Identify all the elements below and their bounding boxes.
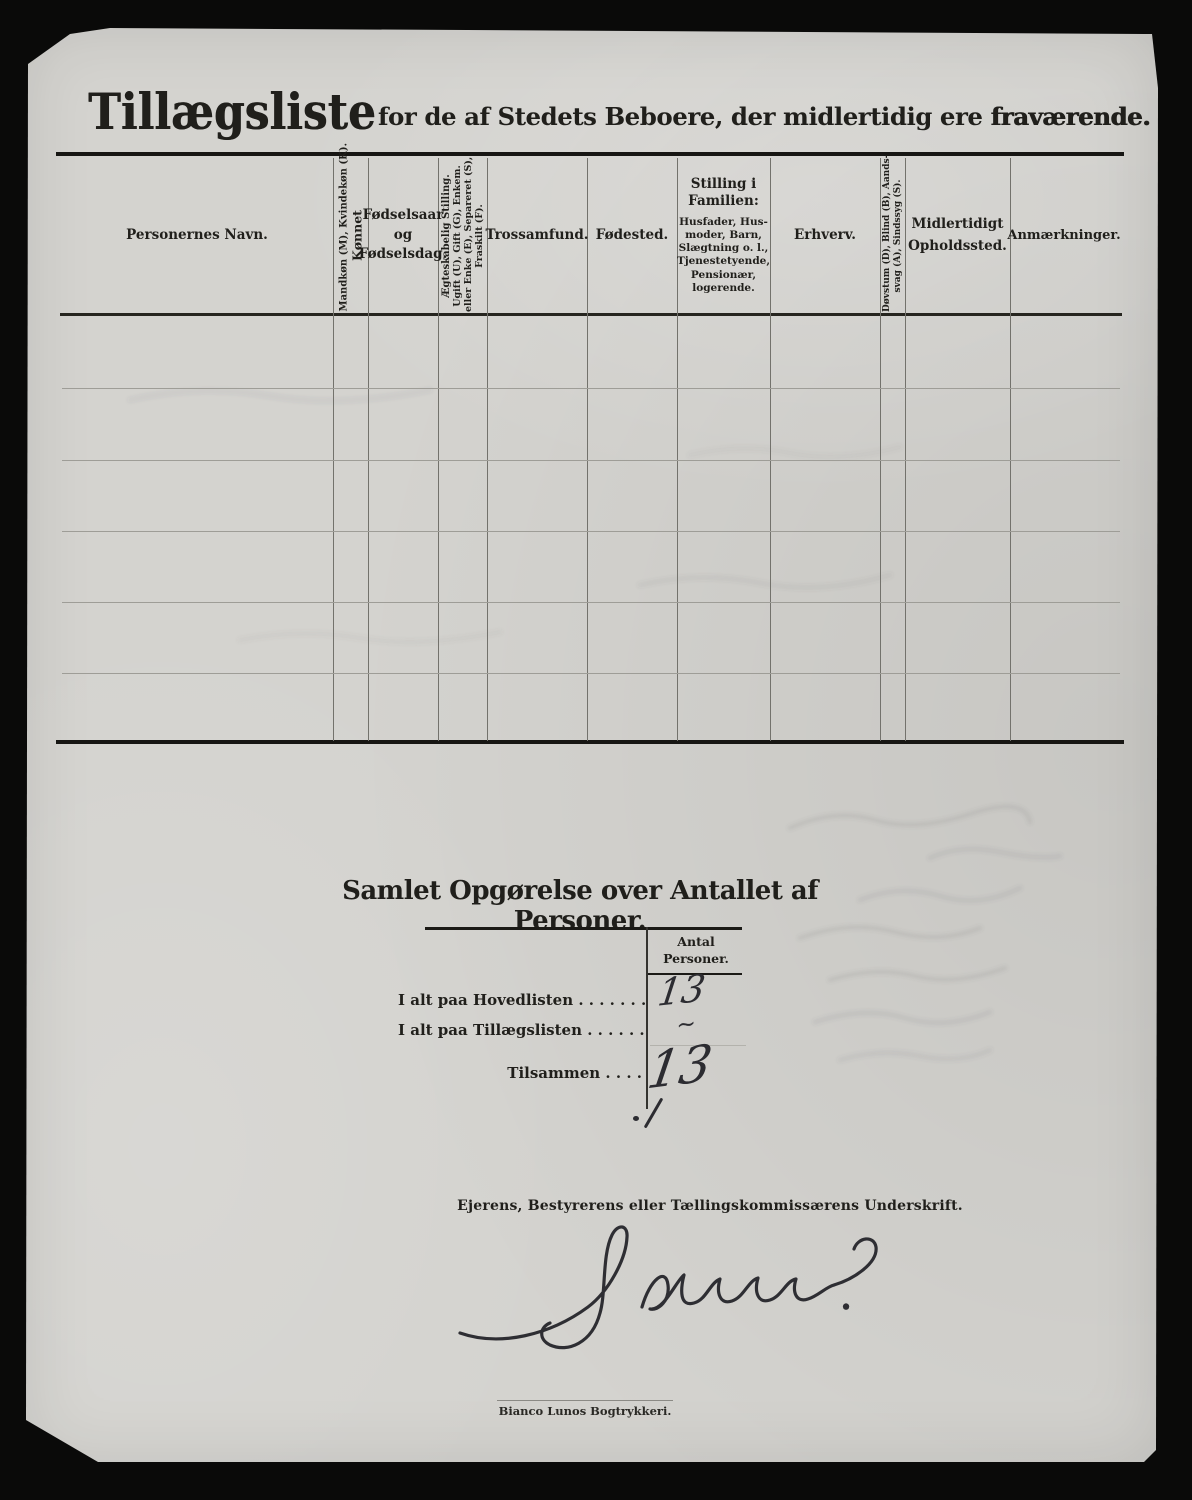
disability-label-1: Døvstum (D), Blind (B), Aands- bbox=[882, 160, 893, 312]
column-header-name-label: Personernes Navn. bbox=[126, 226, 268, 246]
column-header-occupation: Erhverv. bbox=[770, 158, 880, 313]
occupation-label: Erhverv. bbox=[794, 226, 856, 246]
summary-top-rule bbox=[425, 927, 742, 930]
table-row-line bbox=[62, 602, 1120, 603]
signature bbox=[430, 1215, 910, 1355]
marital-codes-label-2: eller Enke (E), Separeret (S), bbox=[463, 160, 474, 312]
table-bottom-rule bbox=[56, 740, 1124, 744]
summary-row-label-hovedlisten: I alt paa Hovedlisten . . . . . . . bbox=[398, 991, 642, 1009]
marital-codes-label-3: Fraskilt (F). bbox=[474, 160, 485, 312]
handwritten-value-tillaegslisten: ~ bbox=[674, 1009, 698, 1040]
page-title: Tillægsliste bbox=[88, 82, 376, 141]
printer-imprint: Bianco Lunos Bogtrykkeri. bbox=[463, 1404, 707, 1418]
summary-row-label-tilsammen: Tilsammen . . . . bbox=[398, 1064, 642, 1082]
table-top-rule bbox=[56, 152, 1124, 156]
remarks-label: Anmærkninger. bbox=[1007, 228, 1120, 243]
table-row-line bbox=[62, 531, 1120, 532]
column-header-remarks: Anmærkninger. bbox=[1010, 158, 1118, 313]
column-header-birthplace: Fødested. bbox=[587, 158, 677, 313]
temporary-residence-label: Midlertidigt Opholdssted. bbox=[908, 214, 1007, 257]
table-row-line bbox=[62, 388, 1120, 389]
subtitle-text: for de af Stedets Beboere, der midlertid… bbox=[378, 102, 983, 131]
page-subtitle: for de af Stedets Beboere, der midlertid… bbox=[378, 102, 1150, 131]
column-header-marital-status: Ægteskabelig Stilling. Ugift (U), Gift (… bbox=[438, 158, 487, 313]
birthdate-label: Fødselsaar og Fødselsdag. bbox=[359, 206, 448, 265]
signature-ink-svg bbox=[430, 1215, 910, 1355]
column-header-disability: Døvstum (D), Blind (B), Aands- svag (A),… bbox=[880, 158, 905, 313]
summary-column-header: Antal Personer. bbox=[648, 934, 744, 968]
family-position-title: Stilling i Familien: bbox=[688, 176, 759, 210]
birthplace-label: Fødested. bbox=[596, 226, 668, 246]
religion-label: Trossamfund. bbox=[486, 226, 589, 246]
ink-flourish-dot bbox=[633, 1116, 639, 1121]
summary-row-label-tillaegslisten: I alt paa Tillægslisten . . . . . . bbox=[398, 1021, 642, 1039]
column-header-religion: Trossamfund. bbox=[487, 158, 587, 313]
column-header-family-position: Stilling i Familien: Husfader, Hus- mode… bbox=[677, 158, 770, 313]
column-header-marital-rotated: Ægteskabelig Stilling. Ugift (U), Gift (… bbox=[441, 160, 485, 312]
table-row-line bbox=[62, 673, 1120, 674]
column-header-disability-rotated: Døvstum (D), Blind (B), Aands- svag (A),… bbox=[882, 160, 904, 312]
disability-label-2: svag (A), Sindssyg (S). bbox=[893, 160, 904, 312]
sex-codes-label: Mandkøn (M), Kvindekøn (K). bbox=[337, 160, 350, 312]
handwritten-value-tilsammen: 13 bbox=[644, 1033, 717, 1100]
scanned-census-page: Tillægsliste for de af Stedets Beboere, … bbox=[0, 0, 1192, 1500]
family-position-detail: Husfader, Hus- moder, Barn, Slægtning o.… bbox=[677, 216, 770, 295]
column-header-name: Personernes Navn. bbox=[62, 158, 332, 313]
handwritten-value-hovedlisten: 13 bbox=[655, 966, 708, 1015]
marital-codes-label-1: Ugift (U), Gift (G), Enkem. bbox=[452, 160, 463, 312]
table-row-line bbox=[62, 460, 1120, 461]
signature-caption: Ejerens, Bestyrerens eller Tællingskommi… bbox=[430, 1198, 990, 1214]
header-bottom-rule bbox=[60, 313, 1122, 316]
column-header-temporary-residence: Midlertidigt Opholdssted. bbox=[905, 158, 1010, 313]
subtitle-emphasis: fraværende. bbox=[991, 102, 1151, 131]
column-header-birthdate: Fødselsaar og Fødselsdag. bbox=[368, 158, 438, 313]
imprint-rule bbox=[497, 1400, 673, 1401]
marital-title-label: Ægteskabelig Stilling. bbox=[441, 160, 452, 312]
